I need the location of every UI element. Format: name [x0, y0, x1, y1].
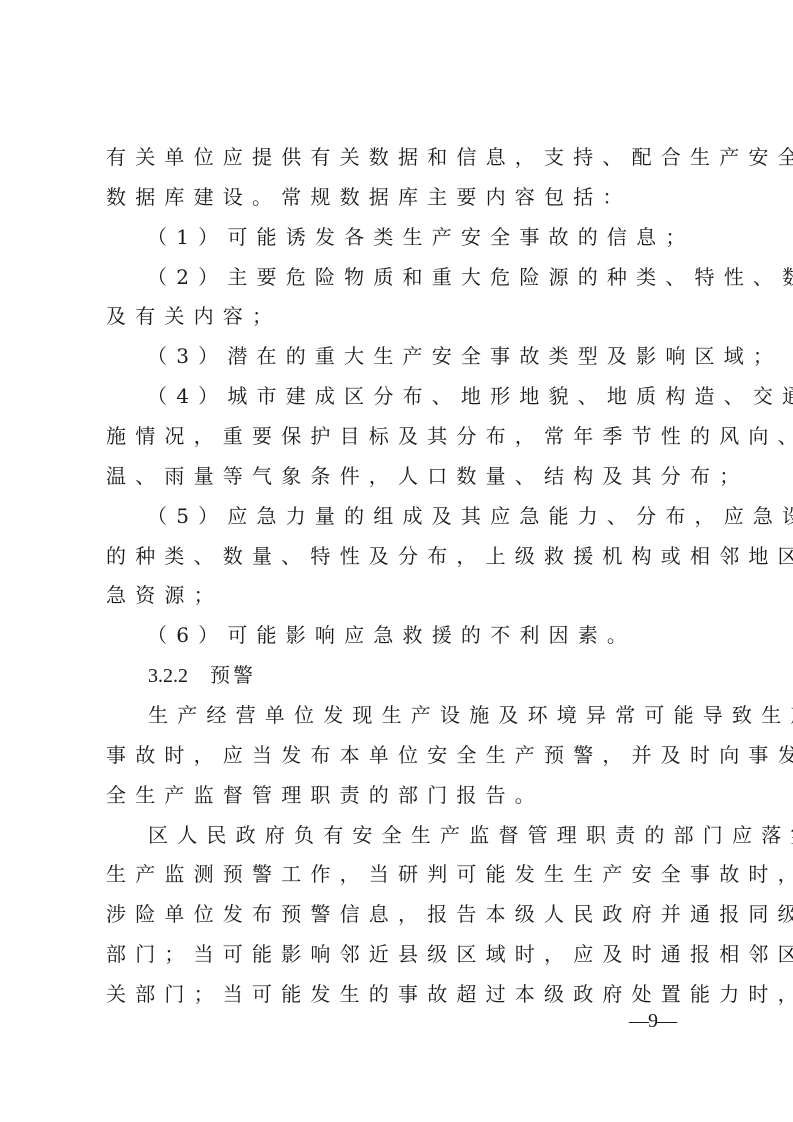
page-number: —9—: [629, 1010, 676, 1033]
list-item-3: （3）潜在的重大生产安全事故类型及影响区域；: [106, 337, 696, 377]
list-item-4: （4）城市建成区分布、地形地貌、地质构造、交通和基础设: [106, 377, 696, 417]
text-line: 及有关内容；: [106, 297, 696, 337]
paragraph-line: 涉险单位发布预警信息，报告本级人民政府并通报同级应急管理: [106, 895, 696, 935]
text-line: 数据库建设。常规数据库主要内容包括：: [106, 178, 696, 218]
paragraph-line: 事故时，应当发布本单位安全生产预警，并及时向事发地负有安: [106, 736, 696, 776]
body-text: 有关单位应提供有关数据和信息，支持、配合生产安全事故常规 数据库建设。常规数据库…: [106, 138, 696, 1015]
text-line: 急资源；: [106, 576, 696, 616]
list-item-2: （2）主要危险物质和重大危险源的种类、特性、数量、分布: [106, 258, 696, 298]
paragraph-line: 区人民政府负有安全生产监督管理职责的部门应落实安全: [106, 816, 696, 856]
list-item-6: （6）可能影响应急救援的不利因素。: [106, 616, 696, 656]
paragraph-line: 全生产监督管理职责的部门报告。: [106, 776, 696, 816]
section-heading: 3.2.2预警: [106, 656, 696, 696]
text-line: 温、雨量等气象条件，人口数量、结构及其分布；: [106, 457, 696, 497]
paragraph-line: 生产经营单位发现生产设施及环境异常可能导致生产安全: [106, 696, 696, 736]
list-item-1: （1）可能诱发各类生产安全事故的信息；: [106, 218, 696, 258]
paragraph-line: 生产监测预警工作，当研判可能发生生产安全事故时，应及时向: [106, 855, 696, 895]
section-title: 预警: [210, 663, 256, 687]
paragraph-line: 部门；当可能影响邻近县级区域时，应及时通报相邻区域县级有: [106, 935, 696, 975]
paragraph-line: 关部门；当可能发生的事故超过本级政府处置能力时，区人民政: [106, 975, 696, 1015]
text-line: 施情况，重要保护目标及其分布，常年季节性的风向、风速、气: [106, 417, 696, 457]
section-number: 3.2.2: [148, 665, 188, 687]
document-page: 有关单位应提供有关数据和信息，支持、配合生产安全事故常规 数据库建设。常规数据库…: [0, 0, 793, 1122]
text-line: 的种类、数量、特性及分布，上级救援机构或相邻地区可用的应: [106, 537, 696, 577]
text-line: 有关单位应提供有关数据和信息，支持、配合生产安全事故常规: [106, 138, 696, 178]
list-item-5: （5）应急力量的组成及其应急能力、分布，应急设施和物资: [106, 497, 696, 537]
